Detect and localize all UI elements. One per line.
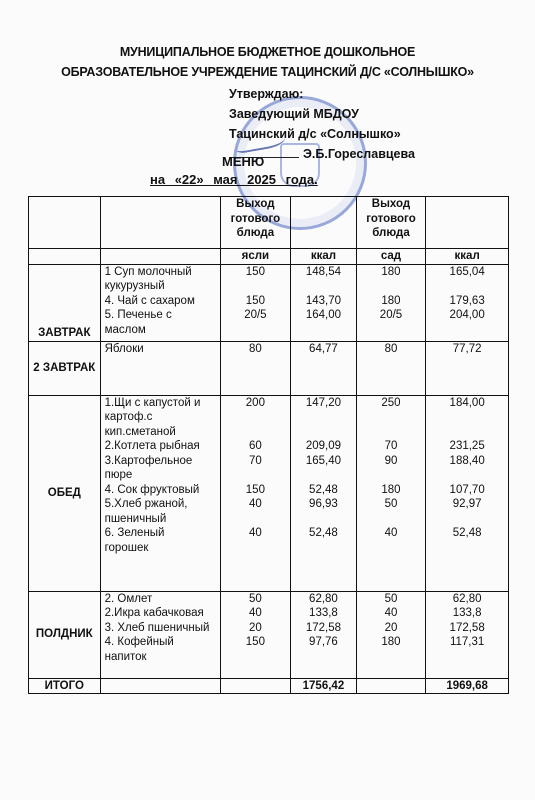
nursery-kcal: 165,40	[295, 454, 352, 469]
dish-name: маслом	[105, 323, 216, 338]
nursery-kcal: 64,77	[295, 342, 352, 357]
meal-row-lunch: ОБЕД1.Щи с капустой икартоф.скип.сметано…	[29, 395, 509, 591]
garden-kcal: 62,80	[430, 592, 504, 607]
garden-yield: 180	[361, 294, 422, 309]
nursery-kcal: 172,58	[295, 621, 352, 636]
dish-list: 2. Омлет2.Икра кабачковая3. Хлеб пшеничн…	[100, 591, 220, 678]
dish-name: пюре	[105, 468, 216, 483]
nursery-yield-list: 20060701504040	[220, 395, 291, 591]
nursery-yield: 40	[225, 606, 287, 621]
dish-name: картоф.с	[105, 410, 216, 425]
nursery-yield: 20/5	[225, 308, 287, 323]
garden-yield: 80	[361, 342, 422, 357]
nursery-kcal: 143,70	[295, 294, 352, 309]
dish-name: горошек	[105, 541, 216, 556]
garden-kcal-list: 184,00231,25188,40107,7092,9752,48	[426, 395, 509, 591]
garden-yield: 180	[361, 635, 422, 650]
total-row: ИТОГО1756,421969,68	[29, 678, 509, 694]
dish-name: 4. Кофейный	[105, 635, 216, 650]
nursery-kcal: 96,93	[295, 497, 352, 512]
dish-list: Яблоки	[100, 341, 220, 395]
table-header-row: Выход готового блюда Выход готового блюд…	[29, 197, 509, 249]
approval-block: Утверждаю: Заведующий МБДОУ Тацинский д/…	[229, 84, 415, 164]
garden-yield: 50	[361, 497, 422, 512]
nursery-yield: 150	[225, 265, 287, 280]
meal-row-snack: ПОЛДНИК2. Омлет2.Икра кабачковая3. Хлеб …	[29, 591, 509, 678]
position-line-2: Тацинский д/с «Солнышко»	[229, 124, 415, 144]
dish-name: 5. Печенье с	[105, 308, 216, 323]
garden-yield: 40	[361, 606, 422, 621]
header-cell	[291, 197, 357, 249]
garden-kcal: 179,63	[430, 294, 504, 309]
garden-kcal: 188,40	[430, 454, 504, 469]
garden-yield: 20	[361, 621, 422, 636]
nursery-kcal-list: 147,20209,09165,4052,4896,9352,48	[291, 395, 357, 591]
meal-row-breakfast: ЗАВТРАК1 Суп молочныйкукурузный4. Чай с …	[29, 264, 509, 341]
dish-name: 4. Сок фруктовый	[105, 483, 216, 498]
menu-title: МЕНЮ	[222, 154, 264, 169]
nursery-yield: 50	[225, 592, 287, 607]
garden-yield: 90	[361, 454, 422, 469]
garden-kcal-list: 165,04179,63204,00	[426, 264, 509, 341]
dish-name: 5.Хлеб ржаной,	[105, 497, 216, 512]
garden-kcal: 77,72	[430, 342, 504, 357]
nursery-kcal: 52,48	[295, 526, 352, 541]
garden-kcal: 52,48	[430, 526, 504, 541]
unit-cell	[100, 249, 220, 265]
nursery-yield: 20	[225, 621, 287, 636]
dish-name: Яблоки	[105, 342, 216, 357]
garden-yield-list: 25070901805040	[356, 395, 426, 591]
unit-kcal: ккал	[426, 249, 509, 265]
dish-name: 3.Картофельное	[105, 454, 216, 469]
nursery-kcal: 147,20	[295, 396, 352, 411]
nursery-kcal-list: 148,54143,70164,00	[291, 264, 357, 341]
menu-table: Выход готового блюда Выход готового блюд…	[28, 196, 509, 694]
dish-name: кукурузный	[105, 279, 216, 294]
garden-yield: 70	[361, 439, 422, 454]
nursery-yield-list: 80	[220, 341, 291, 395]
total-garden-kcal: 1969,68	[426, 678, 509, 694]
garden-kcal-list: 77,72	[426, 341, 509, 395]
dish-list: 1.Щи с капустой икартоф.скип.сметаной2.К…	[100, 395, 220, 591]
garden-kcal: 107,70	[430, 483, 504, 498]
total-empty	[220, 678, 291, 694]
garden-kcal: 117,31	[430, 635, 504, 650]
unit-garden: сад	[356, 249, 426, 265]
nursery-yield: 40	[225, 497, 287, 512]
nursery-kcal-list: 64,77	[291, 341, 357, 395]
garden-kcal: 231,25	[430, 439, 504, 454]
total-label: ИТОГО	[29, 678, 101, 694]
table-units-row: ясли ккал сад ккал	[29, 249, 509, 265]
garden-yield: 50	[361, 592, 422, 607]
nursery-yield: 80	[225, 342, 287, 357]
nursery-yield: 70	[225, 454, 287, 469]
dish-list: 1 Суп молочныйкукурузный4. Чай с сахаром…	[100, 264, 220, 341]
garden-yield: 250	[361, 396, 422, 411]
nursery-kcal-list: 62,80133,8172,5897,76	[291, 591, 357, 678]
menu-date: на «22» мая 2025 года.	[150, 172, 318, 187]
header-cell	[426, 197, 509, 249]
nursery-yield: 150	[225, 635, 287, 650]
dish-name: 3. Хлеб пшеничный	[105, 621, 216, 636]
dish-name: 2.Котлета рыбная	[105, 439, 216, 454]
total-empty	[356, 678, 426, 694]
dish-name: 2. Омлет	[105, 592, 216, 607]
garden-yield: 180	[361, 483, 422, 498]
garden-yield-list: 80	[356, 341, 426, 395]
nursery-kcal: 133,8	[295, 606, 352, 621]
nursery-yield: 150	[225, 294, 287, 309]
unit-kcal: ккал	[291, 249, 357, 265]
meal-name: ПОЛДНИК	[29, 591, 101, 678]
nursery-kcal: 148,54	[295, 265, 352, 280]
nursery-kcal: 52,48	[295, 483, 352, 498]
nursery-kcal: 62,80	[295, 592, 352, 607]
header-cell	[100, 197, 220, 249]
nursery-yield: 40	[225, 526, 287, 541]
dish-name: пшеничный	[105, 512, 216, 527]
header-nursery-yield: Выход готового блюда	[220, 197, 291, 249]
header-garden-yield: Выход готового блюда	[356, 197, 426, 249]
garden-kcal: 165,04	[430, 265, 504, 280]
meal-name: ОБЕД	[29, 395, 101, 591]
nursery-kcal: 97,76	[295, 635, 352, 650]
approve-label: Утверждаю:	[229, 84, 415, 104]
dish-name: кип.сметаной	[105, 425, 216, 440]
org-line-1: МУНИЦИПАЛЬНОЕ БЮДЖЕТНОЕ ДОШКОЛЬНОЕ	[0, 42, 535, 62]
organization-name: МУНИЦИПАЛЬНОЕ БЮДЖЕТНОЕ ДОШКОЛЬНОЕ ОБРАЗ…	[0, 42, 535, 82]
signatory-name: Э.Б.Гореславцева	[303, 147, 415, 161]
garden-yield-list: 504020180	[356, 591, 426, 678]
unit-cell	[29, 249, 101, 265]
dish-name: 1 Суп молочный	[105, 265, 216, 280]
nursery-yield-list: 15015020/5	[220, 264, 291, 341]
nursery-yield: 150	[225, 483, 287, 498]
nursery-kcal: 164,00	[295, 308, 352, 323]
dish-name: 4. Чай с сахаром	[105, 294, 216, 309]
garden-yield: 180	[361, 265, 422, 280]
meal-row-second-breakfast: 2 ЗАВТРАКЯблоки8064,778077,72	[29, 341, 509, 395]
dish-name: 2.Икра кабачковая	[105, 606, 216, 621]
total-nursery-kcal: 1756,42	[291, 678, 357, 694]
dish-name: 6. Зеленый	[105, 526, 216, 541]
meal-name: 2 ЗАВТРАК	[29, 341, 101, 395]
nursery-yield: 200	[225, 396, 287, 411]
nursery-yield: 60	[225, 439, 287, 454]
dish-name: напиток	[105, 650, 216, 665]
header-cell	[29, 197, 101, 249]
garden-yield: 20/5	[361, 308, 422, 323]
org-line-2: ОБРАЗОВАТЕЛЬНОЕ УЧРЕЖДЕНИЕ ТАЦИНСКИЙ Д/С…	[0, 62, 535, 82]
unit-nursery: ясли	[220, 249, 291, 265]
garden-kcal: 92,97	[430, 497, 504, 512]
garden-kcal: 133,8	[430, 606, 504, 621]
position-line-1: Заведующий МБДОУ	[229, 104, 415, 124]
garden-yield-list: 18018020/5	[356, 264, 426, 341]
garden-kcal-list: 62,80133,8172,58117,31	[426, 591, 509, 678]
meal-name: ЗАВТРАК	[29, 264, 101, 341]
nursery-kcal: 209,09	[295, 439, 352, 454]
dish-name: 1.Щи с капустой и	[105, 396, 216, 411]
garden-yield: 40	[361, 526, 422, 541]
total-empty	[100, 678, 220, 694]
nursery-yield-list: 504020150	[220, 591, 291, 678]
garden-kcal: 184,00	[430, 396, 504, 411]
garden-kcal: 172,58	[430, 621, 504, 636]
garden-kcal: 204,00	[430, 308, 504, 323]
